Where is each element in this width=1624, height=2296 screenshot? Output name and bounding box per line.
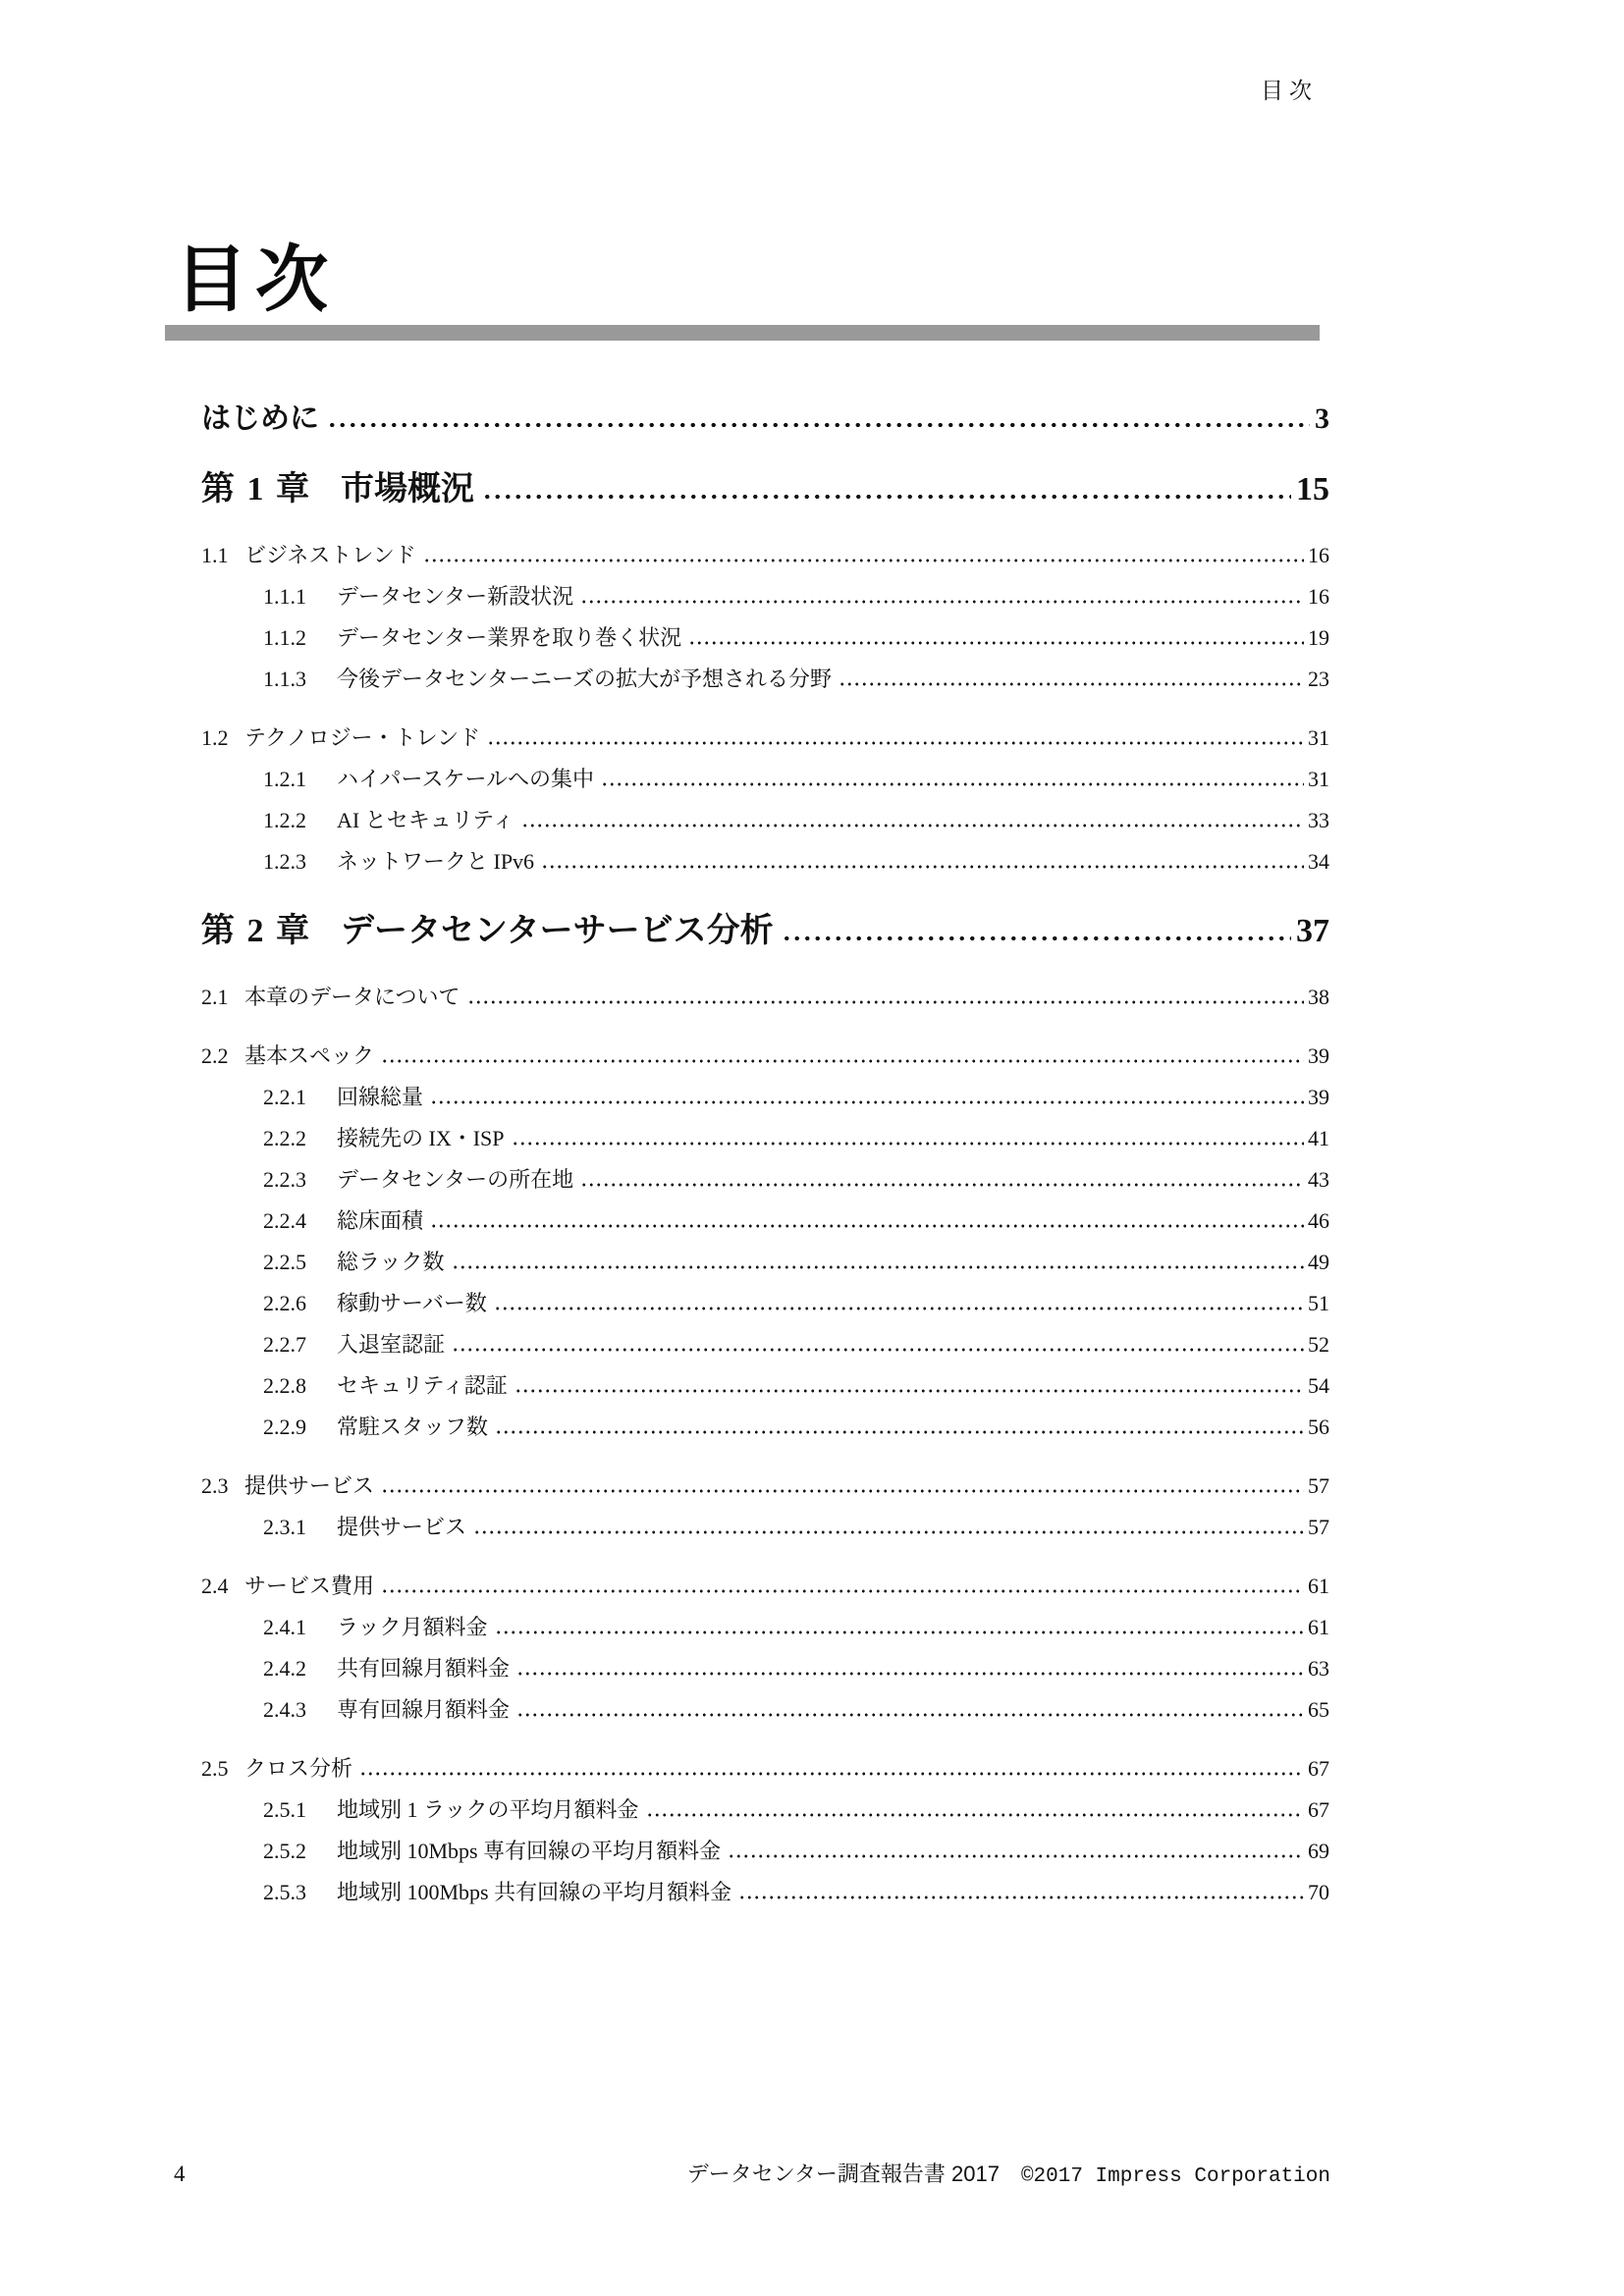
toc-entry-number: 2.2.9 bbox=[263, 1407, 337, 1448]
toc-entry-number: 第 1 章 bbox=[201, 464, 311, 515]
toc-entry: 2.2基本スペック39 bbox=[201, 1036, 1329, 1077]
toc-entry-label: 今後データセンターニーズの拡大が予想される分野 bbox=[337, 659, 832, 700]
dot-leader bbox=[452, 1348, 1304, 1352]
dot-leader bbox=[467, 1000, 1304, 1004]
dot-leader bbox=[580, 1183, 1304, 1187]
toc-entry: 2.2.2接続先の IX・ISP41 bbox=[201, 1118, 1329, 1159]
toc-entry: 2.2.5総ラック数49 bbox=[201, 1242, 1329, 1283]
dot-leader bbox=[541, 865, 1304, 869]
toc-entry: 1.1ビジネストレンド16 bbox=[201, 535, 1329, 576]
toc-entry-number: 2.2.8 bbox=[263, 1365, 337, 1407]
toc-entry-number: 2.4 bbox=[201, 1566, 244, 1607]
toc-entry-page-number: 70 bbox=[1308, 1872, 1329, 1913]
toc-entry-label: 接続先の IX・ISP bbox=[337, 1118, 505, 1159]
toc-entry-number: 1.2.2 bbox=[263, 800, 337, 841]
toc-entry-label: AI とセキュリティ bbox=[337, 800, 514, 841]
toc-entry-number: 2.5.1 bbox=[263, 1789, 337, 1831]
toc-entry-number: 2.4.1 bbox=[263, 1607, 337, 1648]
toc-entry-label: データセンターの所在地 bbox=[337, 1159, 573, 1201]
toc-entry-page-number: 15 bbox=[1296, 464, 1329, 515]
toc-entry: 第 2 章データセンターサービス分析37 bbox=[201, 906, 1329, 957]
toc-entry-label: 市場概況 bbox=[341, 464, 474, 515]
toc-entry-page-number: 19 bbox=[1308, 617, 1329, 659]
toc-entry-page-number: 65 bbox=[1308, 1689, 1329, 1731]
toc-entry-label: ネットワークと IPv6 bbox=[337, 841, 534, 882]
toc-entry-number: 2.2.5 bbox=[263, 1242, 337, 1283]
dot-leader bbox=[688, 641, 1304, 645]
toc-entry-page-number: 54 bbox=[1308, 1365, 1329, 1407]
dot-leader bbox=[738, 1896, 1304, 1899]
toc-entry-page-number: 43 bbox=[1308, 1159, 1329, 1201]
toc-entry-number: 1.1.1 bbox=[263, 576, 337, 617]
toc-entry-number: 2.4.3 bbox=[263, 1689, 337, 1731]
toc-entry-page-number: 46 bbox=[1308, 1201, 1329, 1242]
toc-entry-page-number: 63 bbox=[1308, 1648, 1329, 1689]
toc-entry-page-number: 34 bbox=[1308, 841, 1329, 882]
dot-leader bbox=[839, 682, 1304, 686]
toc-entry-number: 2.2.3 bbox=[263, 1159, 337, 1201]
toc-entry: 2.3.1提供サービス57 bbox=[201, 1507, 1329, 1548]
toc-entry: 1.2.1ハイパースケールへの集中31 bbox=[201, 759, 1329, 800]
toc-entry: はじめに3 bbox=[201, 398, 1329, 441]
toc-entry: 2.5.3地域別 100Mbps 共有回線の平均月額料金70 bbox=[201, 1872, 1329, 1913]
dot-leader bbox=[430, 1100, 1304, 1104]
toc-entry-number: 2.2.2 bbox=[263, 1118, 337, 1159]
toc-entry-number: 1.2 bbox=[201, 718, 244, 759]
toc-entry-number: 2.5.2 bbox=[263, 1831, 337, 1872]
toc-entry: 2.2.8セキュリティ認証54 bbox=[201, 1365, 1329, 1407]
dot-leader bbox=[423, 559, 1304, 562]
toc-entry: 1.2.3ネットワークと IPv634 bbox=[201, 841, 1329, 882]
toc-entry-number: 2.2 bbox=[201, 1036, 244, 1077]
running-header: 目次 bbox=[1261, 73, 1318, 105]
toc-entry-page-number: 37 bbox=[1296, 906, 1329, 957]
toc-entry-number: 2.4.2 bbox=[263, 1648, 337, 1689]
dot-leader bbox=[494, 1307, 1304, 1310]
dot-leader bbox=[601, 782, 1304, 786]
toc-entry: 1.2.2AI とセキュリティ33 bbox=[201, 800, 1329, 841]
toc-entry: 2.2.6稼動サーバー数51 bbox=[201, 1283, 1329, 1324]
toc-entry-page-number: 31 bbox=[1308, 718, 1329, 759]
footer-doc-title: データセンター調査報告書 2017 bbox=[687, 2158, 1000, 2188]
toc-entry: 1.2テクノロジー・トレンド31 bbox=[201, 718, 1329, 759]
toc-entry: 2.2.1回線総量39 bbox=[201, 1077, 1329, 1118]
toc-entry-page-number: 61 bbox=[1308, 1566, 1329, 1607]
footer-copyright: ©2017 Impress Corporation bbox=[1021, 2165, 1330, 2188]
dot-leader bbox=[516, 1672, 1304, 1676]
dot-leader bbox=[580, 600, 1304, 604]
title-rule bbox=[165, 325, 1320, 341]
toc-entry-number: 2.3 bbox=[201, 1466, 244, 1507]
dot-leader bbox=[430, 1224, 1304, 1228]
toc-entry: 2.2.7入退室認証52 bbox=[201, 1324, 1329, 1365]
toc-entry: 2.1本章のデータについて38 bbox=[201, 977, 1329, 1018]
toc-entry-label: ビジネストレンド bbox=[244, 535, 416, 576]
toc-entry-label: 地域別 10Mbps 専有回線の平均月額料金 bbox=[337, 1831, 721, 1872]
toc-entry-label: 入退室認証 bbox=[337, 1324, 445, 1365]
toc-entry-number: 2.3.1 bbox=[263, 1507, 337, 1548]
footer-page-number: 4 bbox=[174, 2162, 186, 2187]
dot-leader bbox=[482, 494, 1291, 500]
toc-entry-label: 提供サービス bbox=[337, 1507, 466, 1548]
dot-leader bbox=[487, 741, 1304, 745]
dot-leader bbox=[327, 422, 1310, 428]
toc-entry: 2.5.2地域別 10Mbps 専有回線の平均月額料金69 bbox=[201, 1831, 1329, 1872]
toc-entry-label: 地域別 100Mbps 共有回線の平均月額料金 bbox=[337, 1872, 731, 1913]
toc-entry-page-number: 23 bbox=[1308, 659, 1329, 700]
toc-entry: 2.3提供サービス57 bbox=[201, 1466, 1329, 1507]
toc-entry-page-number: 57 bbox=[1308, 1507, 1329, 1548]
toc-entry-label: データセンター業界を取り巻く状況 bbox=[337, 617, 681, 659]
dot-leader bbox=[381, 1059, 1304, 1063]
dot-leader bbox=[473, 1530, 1304, 1534]
toc-entry-number: 1.2.1 bbox=[263, 759, 337, 800]
toc-entry-label: はじめに bbox=[201, 398, 319, 441]
toc-entry-number: 2.5.3 bbox=[263, 1872, 337, 1913]
toc-entry-label: サービス費用 bbox=[244, 1566, 374, 1607]
toc-entry-page-number: 39 bbox=[1308, 1036, 1329, 1077]
toc-entry-number: 1.1 bbox=[201, 535, 244, 576]
toc-entry-number: 2.2.6 bbox=[263, 1283, 337, 1324]
toc-entry: 2.2.3データセンターの所在地43 bbox=[201, 1159, 1329, 1201]
toc-entry-page-number: 3 bbox=[1315, 398, 1329, 441]
toc-entry-page-number: 51 bbox=[1308, 1283, 1329, 1324]
toc-entry-label: 本章のデータについて bbox=[244, 977, 460, 1018]
toc-entry-page-number: 16 bbox=[1308, 576, 1329, 617]
dot-leader bbox=[452, 1265, 1304, 1269]
toc-entry-label: 地域別 1 ラックの平均月額料金 bbox=[337, 1789, 639, 1831]
toc-entry-page-number: 49 bbox=[1308, 1242, 1329, 1283]
toc: はじめに3第 1 章市場概況151.1ビジネストレンド161.1.1データセンタ… bbox=[201, 341, 1329, 1913]
page-title: 目次 bbox=[175, 243, 336, 316]
toc-entry-label: 専有回線月額料金 bbox=[337, 1689, 510, 1731]
toc-page: 目次 目次 はじめに3第 1 章市場概況151.1ビジネストレンド161.1.1… bbox=[0, 0, 1624, 2296]
toc-entry-number: 2.5 bbox=[201, 1748, 244, 1789]
toc-entry-label: 常駐スタッフ数 bbox=[337, 1407, 488, 1448]
toc-entry: 第 1 章市場概況15 bbox=[201, 464, 1329, 515]
toc-entry-page-number: 67 bbox=[1308, 1789, 1329, 1831]
toc-entry: 1.1.3今後データセンターニーズの拡大が予想される分野23 bbox=[201, 659, 1329, 700]
toc-entry-number: 2.1 bbox=[201, 977, 244, 1018]
page-footer: 4 データセンター調査報告書 2017 ©2017 Impress Corpor… bbox=[174, 2158, 1330, 2188]
toc-entry-page-number: 16 bbox=[1308, 535, 1329, 576]
dot-leader bbox=[516, 1713, 1304, 1717]
dot-leader bbox=[495, 1430, 1304, 1434]
toc-entry-label: データセンターサービス分析 bbox=[341, 906, 774, 957]
toc-entry: 1.1.2データセンター業界を取り巻く状況19 bbox=[201, 617, 1329, 659]
toc-entry-page-number: 33 bbox=[1308, 800, 1329, 841]
footer-right: データセンター調査報告書 2017 ©2017 Impress Corporat… bbox=[687, 2158, 1330, 2188]
toc-entry-label: ハイパースケールへの集中 bbox=[337, 759, 594, 800]
toc-entry-label: 稼動サーバー数 bbox=[337, 1283, 487, 1324]
toc-entry-label: 共有回線月額料金 bbox=[337, 1648, 510, 1689]
toc-entry-number: 2.2.1 bbox=[263, 1077, 337, 1118]
toc-entry-number: 1.1.2 bbox=[263, 617, 337, 659]
toc-entry-page-number: 67 bbox=[1308, 1748, 1329, 1789]
dot-leader bbox=[782, 935, 1291, 941]
dot-leader bbox=[521, 824, 1304, 828]
toc-entry: 1.1.1データセンター新設状況16 bbox=[201, 576, 1329, 617]
toc-entry: 2.4.3専有回線月額料金65 bbox=[201, 1689, 1329, 1731]
toc-entry-page-number: 56 bbox=[1308, 1407, 1329, 1448]
dot-leader bbox=[381, 1589, 1304, 1593]
toc-entry-label: 基本スペック bbox=[244, 1036, 374, 1077]
toc-entry-number: 2.2.4 bbox=[263, 1201, 337, 1242]
toc-entry-label: 総床面積 bbox=[337, 1201, 423, 1242]
toc-entry-page-number: 41 bbox=[1308, 1118, 1329, 1159]
toc-entry: 2.4.2共有回線月額料金63 bbox=[201, 1648, 1329, 1689]
toc-entry: 2.2.4総床面積46 bbox=[201, 1201, 1329, 1242]
toc-entry-label: 総ラック数 bbox=[337, 1242, 445, 1283]
toc-entry-page-number: 69 bbox=[1308, 1831, 1329, 1872]
dot-leader bbox=[381, 1489, 1304, 1493]
toc-entry-page-number: 61 bbox=[1308, 1607, 1329, 1648]
toc-entry-page-number: 57 bbox=[1308, 1466, 1329, 1507]
toc-entry-number: 第 2 章 bbox=[201, 906, 311, 957]
toc-entry-label: 提供サービス bbox=[244, 1466, 374, 1507]
toc-entry-page-number: 31 bbox=[1308, 759, 1329, 800]
dot-leader bbox=[514, 1389, 1304, 1393]
toc-entry: 2.2.9常駐スタッフ数56 bbox=[201, 1407, 1329, 1448]
toc-entry: 2.5.1地域別 1 ラックの平均月額料金67 bbox=[201, 1789, 1329, 1831]
toc-entry: 2.5クロス分析67 bbox=[201, 1748, 1329, 1789]
toc-entry-label: クロス分析 bbox=[244, 1748, 352, 1789]
dot-leader bbox=[495, 1630, 1304, 1634]
toc-entry-label: 回線総量 bbox=[337, 1077, 423, 1118]
toc-entry: 2.4.1ラック月額料金61 bbox=[201, 1607, 1329, 1648]
toc-entry-label: データセンター新設状況 bbox=[337, 576, 573, 617]
toc-entry-number: 1.1.3 bbox=[263, 659, 337, 700]
dot-leader bbox=[646, 1813, 1304, 1817]
toc-entry-page-number: 39 bbox=[1308, 1077, 1329, 1118]
toc-entry-number: 2.2.7 bbox=[263, 1324, 337, 1365]
toc-entry-page-number: 52 bbox=[1308, 1324, 1329, 1365]
toc-entry-label: ラック月額料金 bbox=[337, 1607, 488, 1648]
toc-entry: 2.4サービス費用61 bbox=[201, 1566, 1329, 1607]
toc-entry-label: セキュリティ認証 bbox=[337, 1365, 508, 1407]
dot-leader bbox=[728, 1854, 1304, 1858]
dot-leader bbox=[512, 1142, 1304, 1146]
toc-entry-label: テクノロジー・トレンド bbox=[244, 718, 480, 759]
toc-entry-number: 1.2.3 bbox=[263, 841, 337, 882]
toc-entry-page-number: 38 bbox=[1308, 977, 1329, 1018]
dot-leader bbox=[359, 1772, 1304, 1776]
